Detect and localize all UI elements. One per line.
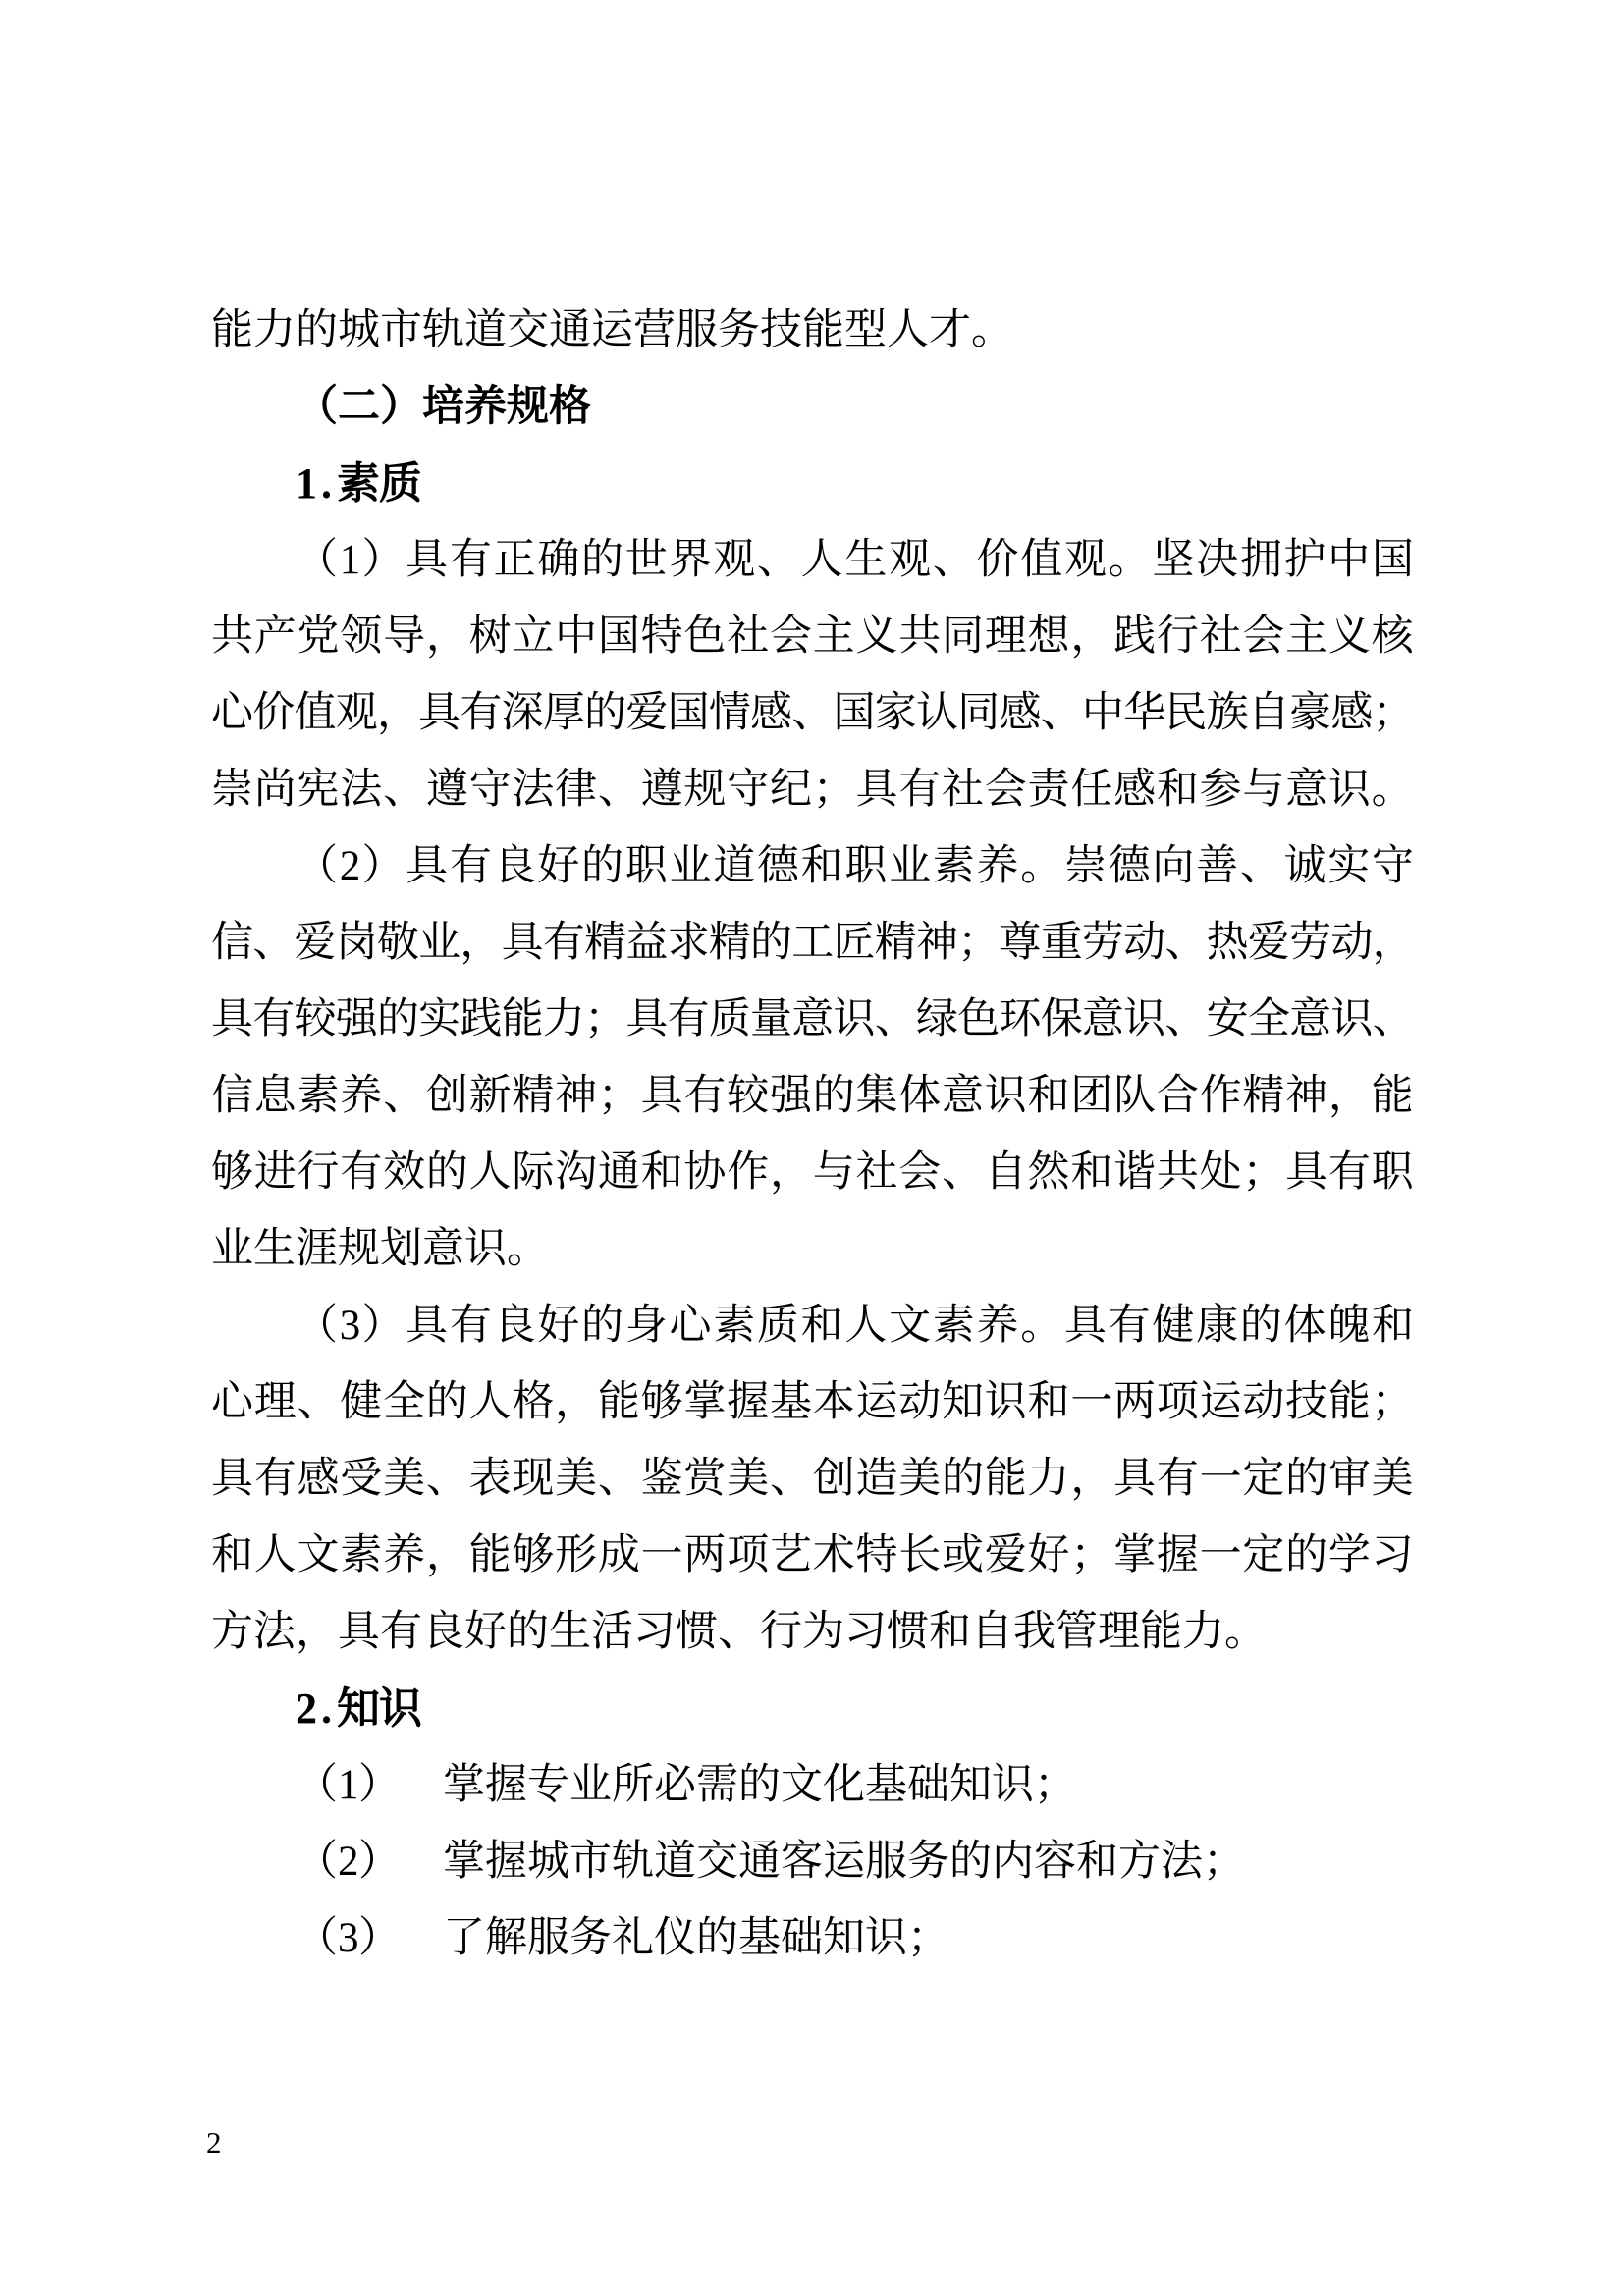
text-line: 信息素养、创新精神；具有较强的集体意识和团队合作精神，能 [211, 1058, 1414, 1135]
text-line: 具有感受美、表现美、鉴赏美、创造美的能力，具有一定的审美 [211, 1441, 1414, 1518]
text-line: （2）掌握城市轨道交通客运服务的内容和方法； [211, 1824, 1414, 1900]
text-line: 共产党领导，树立中国特色社会主义共同理想，践行社会主义核 [211, 599, 1414, 675]
text-line: 业生涯规划意识。 [211, 1211, 1414, 1288]
text-line: 和人文素养，能够形成一两项艺术特长或爱好；掌握一定的学习 [211, 1518, 1414, 1594]
text-line: （2）具有良好的职业道德和职业素养。崇德向善、诚实守 [211, 828, 1414, 905]
text-line: （1）具有正确的世界观、人生观、价值观。坚决拥护中国 [211, 522, 1414, 599]
text-line: 心理、健全的人格，能够掌握基本运动知识和一两项运动技能； [211, 1364, 1414, 1441]
document-page: 能力的城市轨道交通运营服务技能型人才。（二）培养规格1.素质（1）具有正确的世界… [0, 0, 1624, 2296]
text-line: 1.素质 [211, 446, 1414, 522]
text-line: 2.知识 [211, 1671, 1414, 1747]
text-line: （3）了解服务礼仪的基础知识； [211, 1900, 1414, 1977]
text-line: 心价值观，具有深厚的爱国情感、国家认同感、中华民族自豪感； [211, 675, 1414, 752]
text-line: 信、爱岗敬业，具有精益求精的工匠精神；尊重劳动、热爱劳动， [211, 905, 1414, 982]
text-line: 具有较强的实践能力；具有质量意识、绿色环保意识、安全意识、 [211, 982, 1414, 1058]
text-line: 崇尚宪法、遵守法律、遵规守纪；具有社会责任感和参与意识。 [211, 752, 1414, 828]
text-line: （1）掌握专业所必需的文化基础知识； [211, 1747, 1414, 1824]
document-body: 能力的城市轨道交通运营服务技能型人才。（二）培养规格1.素质（1）具有正确的世界… [211, 293, 1414, 1977]
text-line: （3）具有良好的身心素质和人文素养。具有健康的体魄和 [211, 1288, 1414, 1364]
text-line: 能力的城市轨道交通运营服务技能型人才。 [211, 293, 1414, 369]
text-line: 够进行有效的人际沟通和协作，与社会、自然和谐共处；具有职 [211, 1135, 1414, 1211]
page-number: 2 [206, 2124, 222, 2162]
text-line: 方法，具有良好的生活习惯、行为习惯和自我管理能力。 [211, 1594, 1414, 1671]
text-line: （二）培养规格 [211, 369, 1414, 446]
